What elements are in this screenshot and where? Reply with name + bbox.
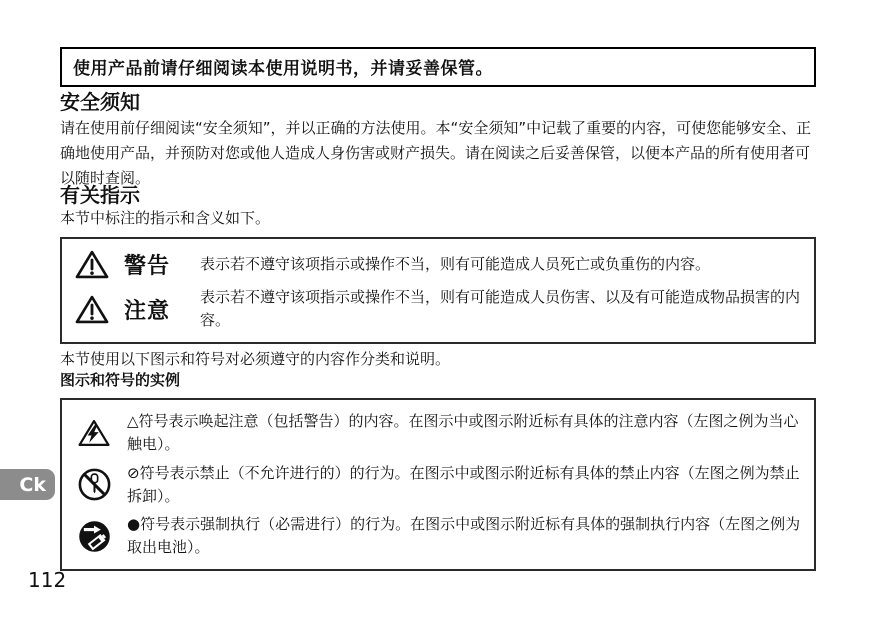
- safety-section-title: 安全须知: [60, 91, 140, 113]
- symbols-examples-box: △符号表示唤起注意（包括警告）的内容。在图示中或图示附近标有具体的注意内容（左图…: [60, 398, 816, 571]
- warning-triangle-icon: [74, 249, 114, 280]
- warning-triangle-icon: [74, 294, 114, 325]
- electric-shock-warning-icon: [74, 418, 114, 448]
- notice-text: 使用产品前请仔细阅读本使用说明书，并请妥善保管。: [73, 59, 493, 79]
- prohibition-symbol-description: ⊘符号表示禁止（不允许进行的）的行为。在图示中或图示附近标有具体的禁止内容（左图…: [127, 462, 802, 508]
- language-tab-label: Ck: [19, 474, 46, 496]
- notice-box: 使用产品前请仔细阅读本使用说明书，并请妥善保管。: [60, 47, 816, 87]
- attention-symbol-row: △符号表示唤起注意（包括警告）的内容。在图示中或图示附近标有具体的注意内容（左图…: [74, 410, 802, 456]
- indications-section-title: 有关指示: [60, 184, 140, 206]
- indications-intro-text: 本节中标注的指示和含义如下。: [60, 208, 818, 228]
- caution-level-label: 注意: [124, 294, 184, 325]
- warning-levels-box: 警告 表示若不遵守该项指示或操作不当，则有可能造成人员死亡或负重伤的内容。 注意…: [60, 237, 816, 344]
- remove-battery-icon: [74, 518, 114, 555]
- mandatory-symbol-description: ●符号表示强制执行（必需进行）的行为。在图示中或图示附近标有具体的强制执行内容（…: [127, 513, 802, 559]
- safety-body-text: 请在使用前仔细阅读“安全须知”，并以正确的方法使用。本“安全须知”中记载了重要的…: [60, 116, 818, 191]
- attention-symbol-description: △符号表示唤起注意（包括警告）的内容。在图示中或图示附近标有具体的注意内容（左图…: [127, 410, 802, 456]
- caution-level-row: 注意 表示若不遵守该项指示或操作不当，则有可能造成人员伤害、以及有可能造成物品损…: [74, 286, 802, 332]
- warning-level-label: 警告: [124, 249, 184, 280]
- symbols-intro-text: 本节使用以下图示和符号对必须遵守的内容作分类和说明。: [60, 349, 818, 369]
- page-number: 112: [28, 568, 66, 592]
- warning-level-row: 警告 表示若不遵守该项指示或操作不当，则有可能造成人员死亡或负重伤的内容。: [74, 249, 802, 280]
- warning-level-description: 表示若不遵守该项指示或操作不当，则有可能造成人员死亡或负重伤的内容。: [200, 253, 802, 276]
- caution-level-description: 表示若不遵守该项指示或操作不当，则有可能造成人员伤害、以及有可能造成物品损害的内…: [200, 286, 802, 332]
- prohibition-symbol-row: ⊘符号表示禁止（不允许进行的）的行为。在图示中或图示附近标有具体的禁止内容（左图…: [74, 462, 802, 508]
- symbols-examples-title: 图示和符号的实例: [60, 370, 818, 390]
- no-disassembly-icon: [74, 466, 114, 503]
- mandatory-symbol-row: ●符号表示强制执行（必需进行）的行为。在图示中或图示附近标有具体的强制执行内容（…: [74, 513, 802, 559]
- language-tab-ck: Ck: [0, 469, 55, 500]
